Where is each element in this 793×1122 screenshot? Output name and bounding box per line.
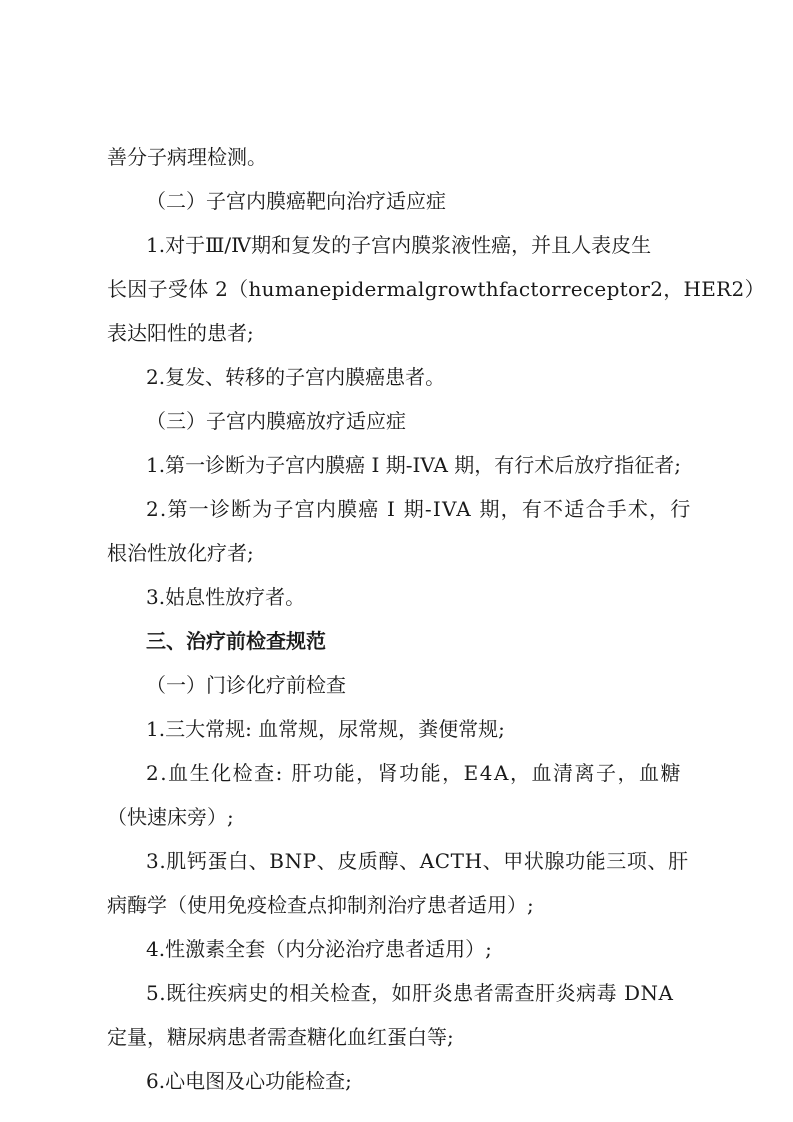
list-item-line: 5.既往疾病史的相关检查，如肝炎患者需查肝炎病毒 DNA [146, 979, 673, 1007]
document-page: 善分子病理检测。 （二）子宫内膜癌靶向治疗适应症 1.对于Ⅲ/Ⅳ期和复发的子宫内… [0, 0, 793, 1122]
list-item-line: 根治性放化疗者; [107, 539, 254, 567]
list-item-line: 2.血生化检查: 肝功能，肾功能，E4A，血清离子，血糖 [146, 759, 682, 787]
list-item-line: 1.第一诊断为子宫内膜癌 I 期-IVA 期，有行术后放疗指征者; [146, 451, 681, 479]
list-item-line: 2.第一诊断为子宫内膜癌 I 期-IVA 期，有不适合手术，行 [146, 495, 691, 523]
subsection-heading-outpatient-exam: （一）门诊化疗前检查 [146, 671, 346, 699]
list-item-line: 长因子受体 2（humanepidermalgrowthfactorrecept… [107, 275, 693, 303]
list-item-line: 1.三大常规: 血常规，尿常规，粪便常规; [146, 715, 505, 743]
list-item-line: 4.性激素全套（内分泌治疗患者适用）; [146, 935, 492, 963]
list-item-line: 病酶学（使用免疫检查点抑制剂治疗患者适用）; [107, 891, 534, 919]
paragraph-line: 善分子病理检测。 [107, 143, 267, 171]
list-item-line: （快速床旁）; [107, 803, 234, 831]
list-item-line: 表达阳性的患者; [107, 319, 254, 347]
list-item-line: 6.心电图及心功能检查; [146, 1067, 352, 1095]
list-item-line: 3.姑息性放疗者。 [146, 583, 305, 611]
subsection-heading-radiotherapy: （三）子宫内膜癌放疗适应症 [146, 407, 406, 435]
list-item-line: 1.对于Ⅲ/Ⅳ期和复发的子宫内膜浆液性癌，并且人表皮生 [146, 231, 693, 259]
section-heading-pretreatment-exam: 三、治疗前检查规范 [146, 627, 326, 655]
list-item-line: 2.复发、转移的子宫内膜癌患者。 [146, 363, 445, 391]
list-item-line: 定量，糖尿病患者需查糖化血红蛋白等; [107, 1023, 454, 1051]
list-item-line: 3.肌钙蛋白、BNP、皮质醇、ACTH、甲状腺功能三项、肝 [146, 847, 689, 875]
subsection-heading-targeted-therapy: （二）子宫内膜癌靶向治疗适应症 [146, 187, 446, 215]
